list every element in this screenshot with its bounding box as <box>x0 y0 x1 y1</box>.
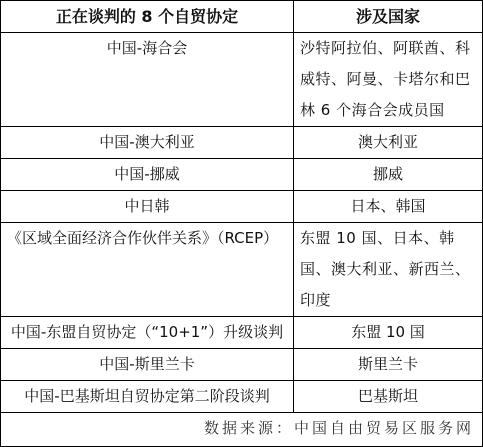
countries-cell: 东盟 10 国、日本、韩国、澳大利亚、新西兰、印度 <box>294 223 483 317</box>
countries-cell: 东盟 10 国 <box>294 317 483 349</box>
agreement-cell: 中国-东盟自贸协定（“10+1”）升级谈判 <box>1 317 294 349</box>
countries-cell: 挪威 <box>294 159 483 191</box>
agreement-cell: 中日韩 <box>1 191 294 223</box>
fta-table: 正在谈判的 8 个自贸协定 涉及国家 中国-海合会 沙特阿拉伯、阿联酋、科威特、… <box>0 0 483 413</box>
table-row: 中国-斯里兰卡 斯里兰卡 <box>1 349 483 381</box>
table-row: 中国-海合会 沙特阿拉伯、阿联酋、科威特、阿曼、卡塔尔和巴林 6 个海合会成员国 <box>1 33 483 127</box>
table-row: 中国-挪威 挪威 <box>1 159 483 191</box>
header-countries: 涉及国家 <box>294 1 483 33</box>
table-row: 中国-澳大利亚 澳大利亚 <box>1 127 483 159</box>
countries-cell: 日本、韩国 <box>294 191 483 223</box>
countries-cell: 巴基斯坦 <box>294 381 483 413</box>
agreement-cell: 中国-巴基斯坦自贸协定第二阶段谈判 <box>1 381 294 413</box>
countries-cell: 斯里兰卡 <box>294 349 483 381</box>
header-agreements: 正在谈判的 8 个自贸协定 <box>1 1 294 33</box>
table-row: 中国-东盟自贸协定（“10+1”）升级谈判 东盟 10 国 <box>1 317 483 349</box>
agreement-cell: 《区域全面经济合作伙伴关系》（RCEP） <box>1 223 294 317</box>
table-row: 《区域全面经济合作伙伴关系》（RCEP） 东盟 10 国、日本、韩国、澳大利亚、… <box>1 223 483 317</box>
table-row: 中日韩 日本、韩国 <box>1 191 483 223</box>
countries-cell: 澳大利亚 <box>294 127 483 159</box>
agreement-cell: 中国-斯里兰卡 <box>1 349 294 381</box>
header-row: 正在谈判的 8 个自贸协定 涉及国家 <box>1 1 483 33</box>
countries-cell: 沙特阿拉伯、阿联酋、科威特、阿曼、卡塔尔和巴林 6 个海合会成员国 <box>294 33 483 127</box>
agreement-cell: 中国-挪威 <box>1 159 294 191</box>
table-row: 中国-巴基斯坦自贸协定第二阶段谈判 巴基斯坦 <box>1 381 483 413</box>
agreement-cell: 中国-海合会 <box>1 33 294 127</box>
agreement-cell: 中国-澳大利亚 <box>1 127 294 159</box>
